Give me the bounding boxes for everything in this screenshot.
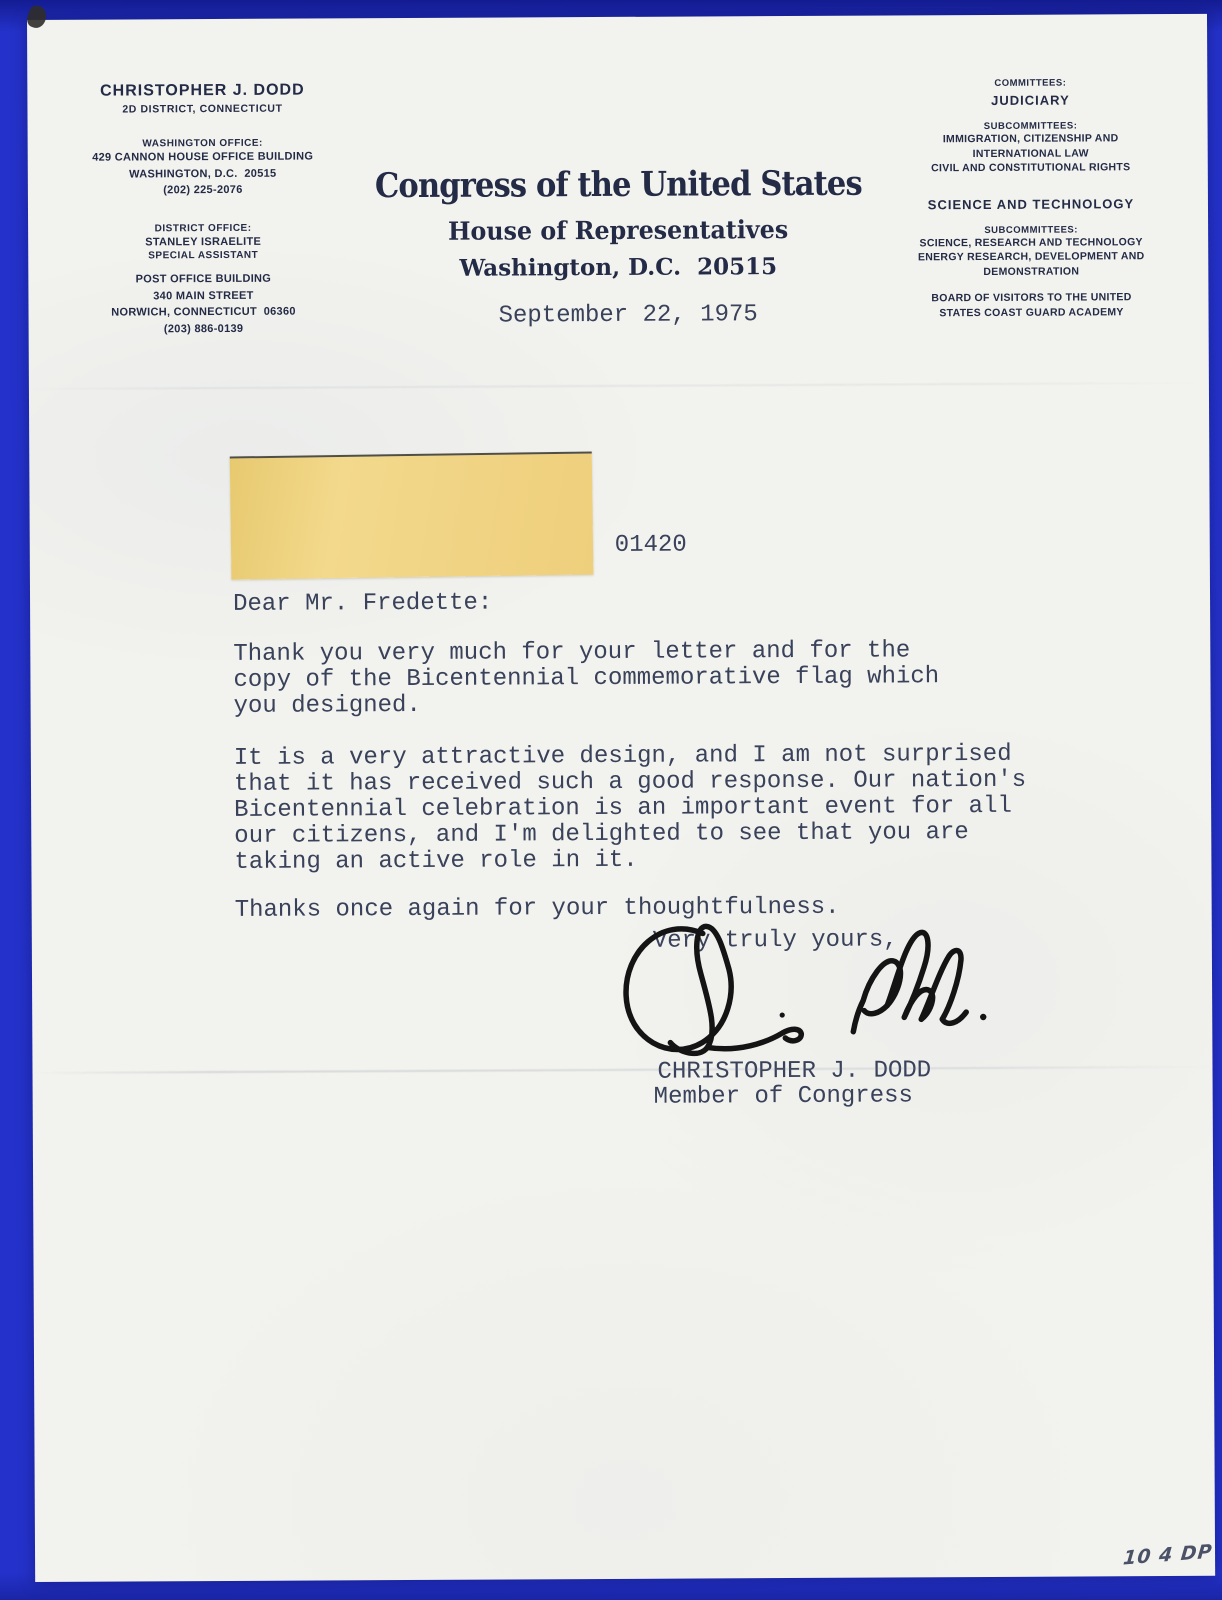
salutation: Dear Mr. Fredette:	[233, 591, 492, 618]
handwritten-pencil-note: 10 4 DP	[1122, 1541, 1214, 1570]
member-district: 2D DISTRICT, CONNECTICUT	[57, 102, 347, 116]
masthead-house-line: House of Representatives	[448, 215, 788, 246]
district-address-street: 340 MAIN STREET	[58, 287, 348, 305]
board-of-visitors-line: BOARD OF VISITORS TO THE UNITED	[876, 290, 1186, 306]
paper-crease	[29, 382, 1209, 390]
washington-office-address: 429 CANNON HOUSE OFFICE BUILDING	[58, 148, 348, 166]
committee-judiciary: JUDICIARY	[875, 92, 1185, 109]
science-subcommittee-line: SCIENCE, RESEARCH AND TECHNOLOGY	[876, 234, 1186, 250]
science-subcommittee-line: ENERGY RESEARCH, DEVELOPMENT AND	[876, 249, 1186, 265]
body-paragraph: Thank you very much for your letter and …	[233, 638, 939, 720]
redaction-sticker	[230, 451, 594, 579]
letter-date: September 22, 1975	[498, 302, 757, 329]
committees-label: COMMITTEES:	[875, 77, 1185, 90]
letter-paper: CHRISTOPHER J. DODD 2D DISTRICT, CONNECT…	[27, 14, 1215, 1582]
signature-typed-title: Member of Congress	[654, 1083, 913, 1110]
board-of-visitors-line: STATES COAST GUARD ACADEMY	[877, 304, 1187, 320]
committee-science: SCIENCE AND TECHNOLOGY	[876, 195, 1186, 212]
district-address-phone: (203) 886-0139	[59, 320, 349, 338]
letterhead-right-column: COMMITTEES: JUDICIARY SUBCOMMITTEES: IMM…	[875, 77, 1186, 321]
masthead-congress-line: Congress of the United States	[374, 164, 861, 207]
signature-icon	[600, 910, 993, 1072]
science-subcommittee-line: DEMONSTRATION	[876, 263, 1186, 279]
body-paragraph: It is a very attractive design, and I am…	[234, 742, 1027, 876]
district-address-city: NORWICH, CONNECTICUT 06360	[58, 303, 348, 321]
scanned-letter-page: { "letterhead": { "member": { "name": "C…	[0, 0, 1222, 1600]
judiciary-subcommittee-line: INTERNATIONAL LAW	[876, 145, 1186, 161]
member-name: CHRISTOPHER J. DODD	[57, 81, 347, 101]
judiciary-subcommittee-line: IMMIGRATION, CITIZENSHIP AND	[876, 131, 1186, 147]
file-number: 01420	[615, 533, 687, 559]
judiciary-subcommittee-line: CIVIL AND CONSTITUTIONAL RIGHTS	[876, 160, 1186, 176]
